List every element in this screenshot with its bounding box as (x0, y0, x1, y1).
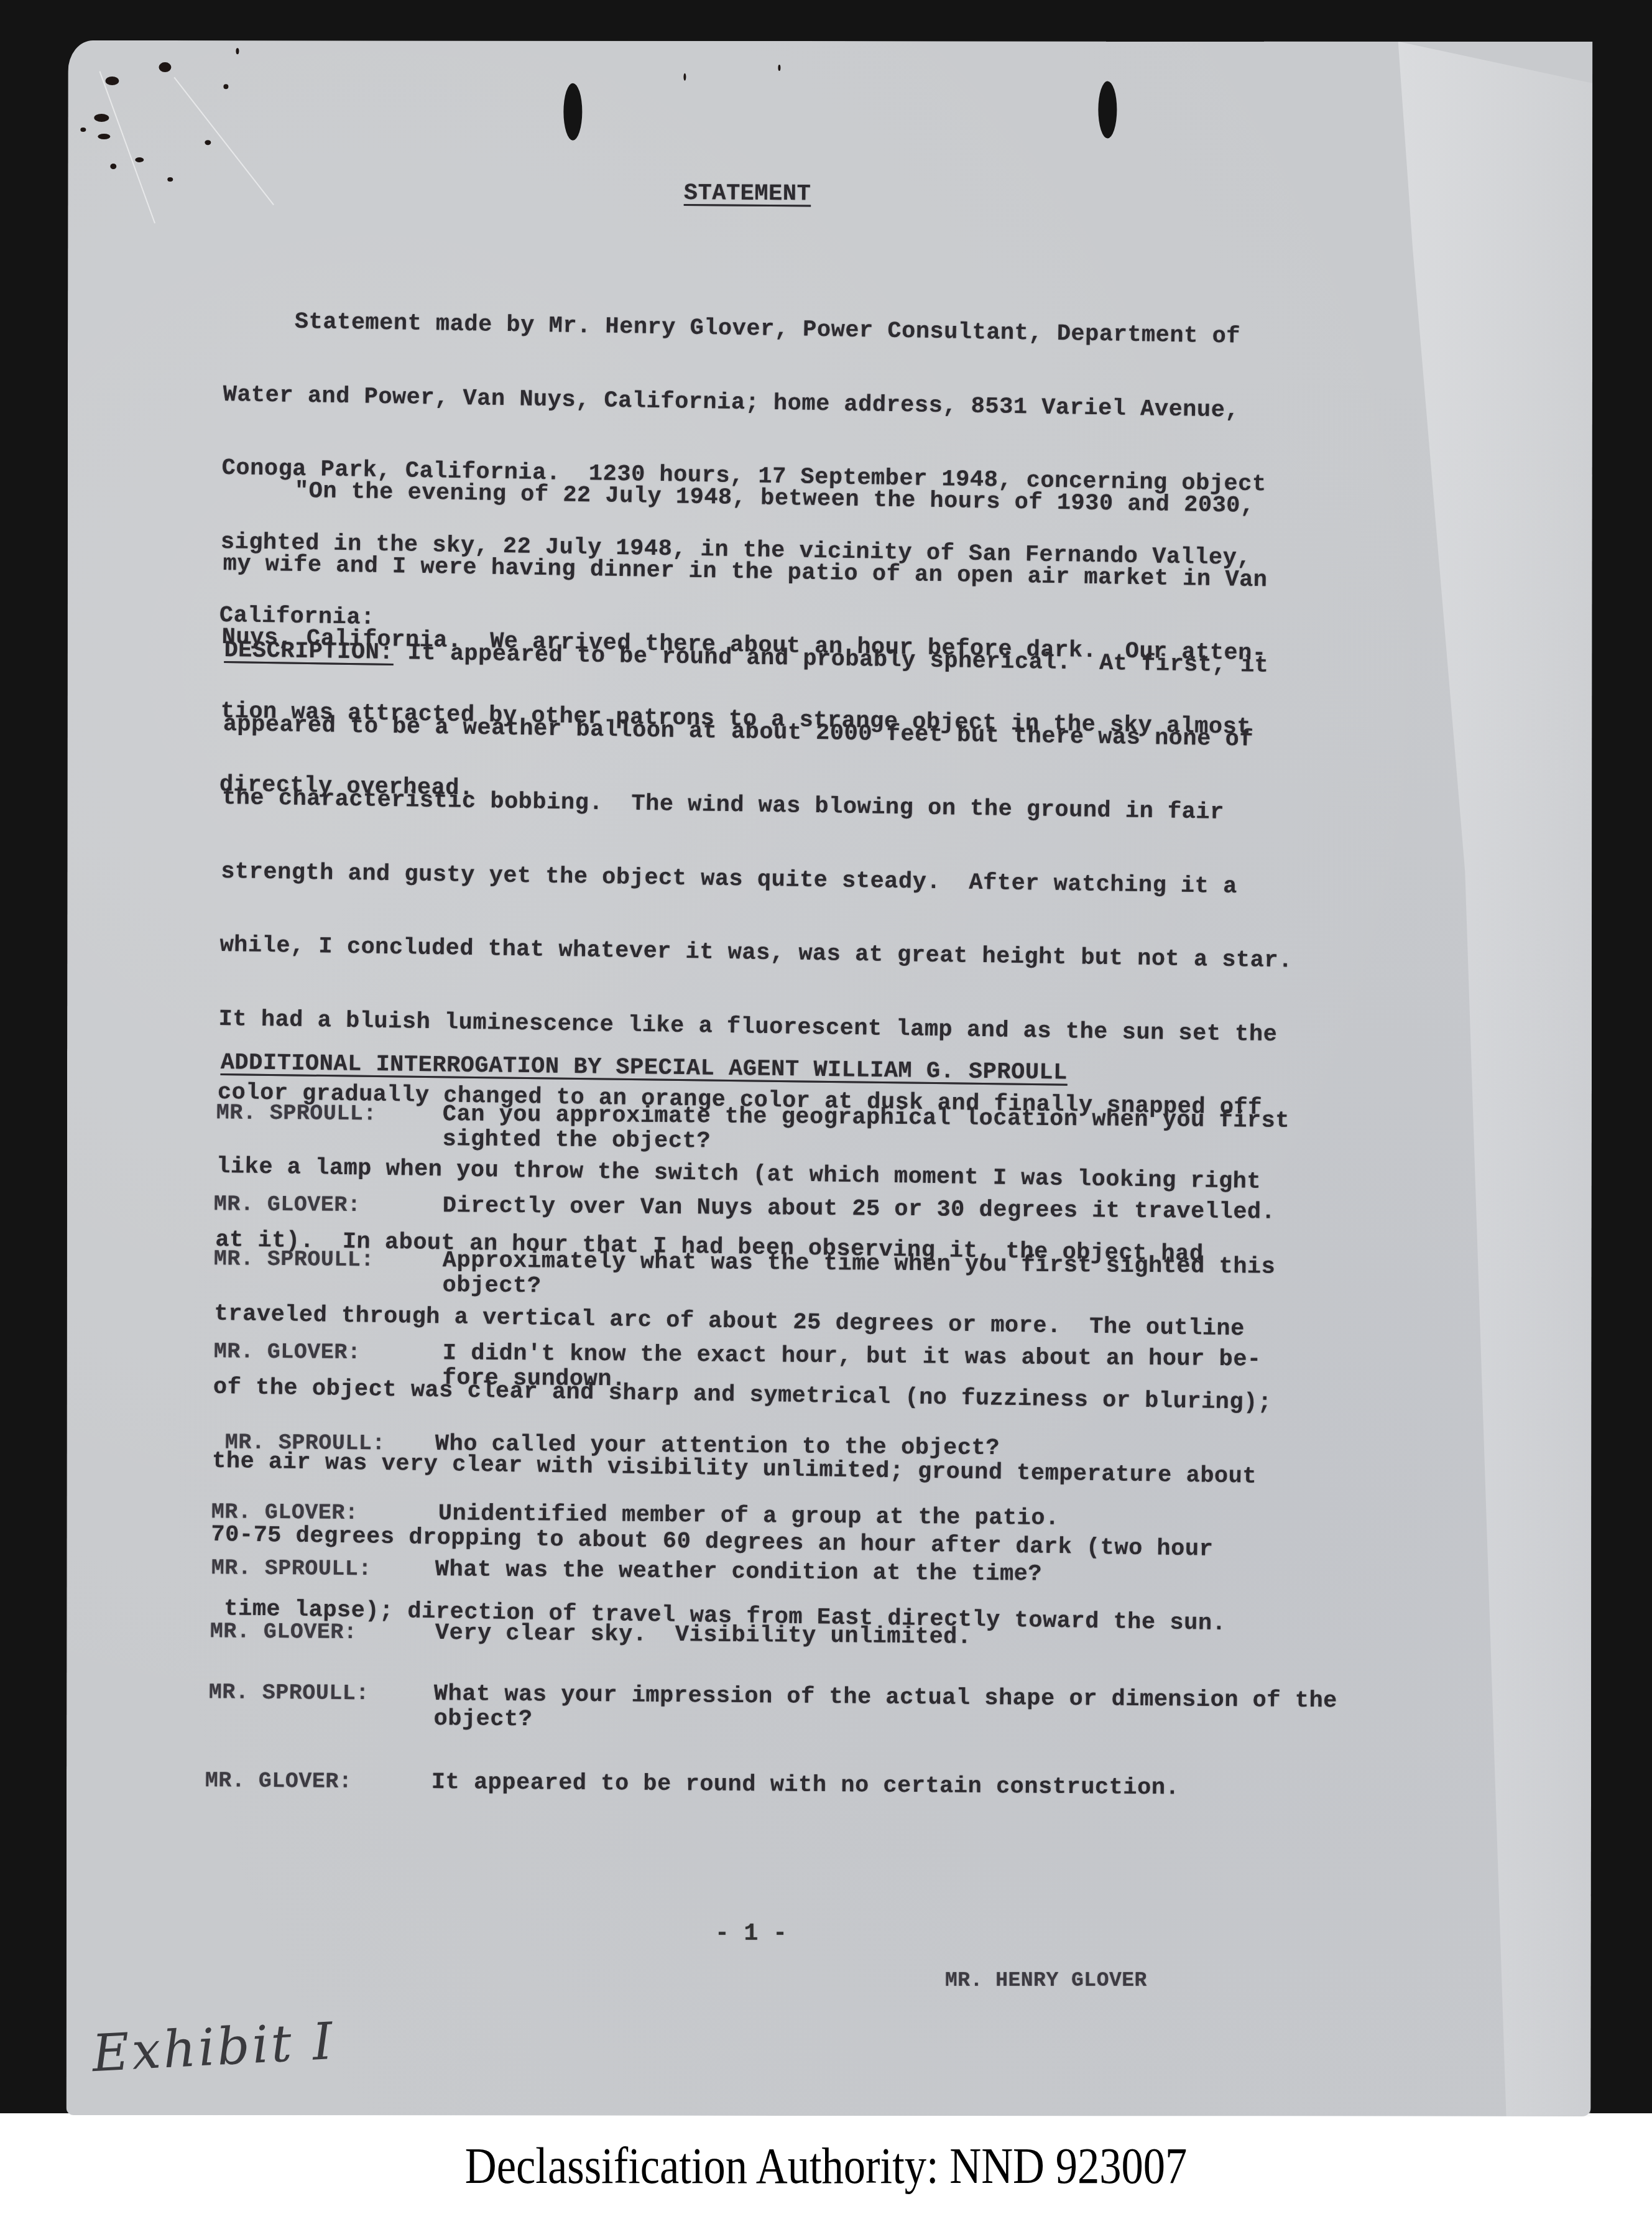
punch-hole-left (563, 83, 582, 141)
qa-line: Very clear sky. Visibility unlimited. (435, 1621, 972, 1650)
tear-crease (173, 77, 274, 205)
speaker-label: MR. SPROULL: (225, 1430, 385, 1456)
damage-mark (110, 164, 116, 169)
description-line: appeared to be a weather balloon at abou… (223, 712, 1296, 753)
damage-mark (135, 157, 144, 162)
qa-line: What was the weather condition at the ti… (435, 1558, 1043, 1587)
description-label: DESCRIPTION: (224, 637, 394, 666)
speaker-label: MR. GLOVER: (210, 1619, 358, 1645)
speaker-label: MR. GLOVER: (211, 1500, 359, 1526)
speaker-label: MR. GLOVER: (205, 1769, 353, 1794)
damage-mark (98, 134, 110, 139)
overlapping-sheet-edge (1380, 42, 1593, 2116)
intro-line: Statement made by Mr. Henry Glover, Powe… (224, 309, 1268, 350)
quote-line: "On the evening of 22 July 1948, between… (224, 478, 1268, 519)
damage-mark (80, 127, 86, 132)
description-line: like a lamp when you throw the switch (a… (216, 1154, 1290, 1195)
damage-mark (223, 84, 228, 89)
signature-name: MR. HENRY GLOVER (945, 1968, 1147, 1993)
speaker-label: MR. GLOVER: (214, 1192, 361, 1218)
description-line: the characteristic bobbing. The wind was… (222, 786, 1295, 827)
description-line: of the object was clear and sharp and sy… (213, 1376, 1286, 1416)
description-line: It had a bluish luminescence like a fluo… (218, 1007, 1291, 1047)
statement-heading: STATEMENT (684, 182, 811, 207)
speaker-label: MR. SPROULL: (209, 1680, 369, 1706)
quote-line: my wife and I were having dinner in the … (223, 552, 1267, 593)
page-number: - 1 - (715, 1922, 788, 1947)
damage-mark (159, 62, 171, 72)
qa-line: Unidentified member of a group at the pa… (438, 1502, 1059, 1531)
damage-mark (778, 65, 780, 71)
damage-mark (236, 48, 239, 54)
description-text: It appeared to be round and probably sph… (394, 640, 1269, 679)
qa-line: sighted the object? (442, 1128, 711, 1154)
punch-hole-right (1098, 81, 1117, 138)
tear-crease (99, 71, 155, 223)
qa-line: It appeared to be round with no certain … (431, 1771, 1180, 1800)
declassification-caption: Declassification Authority: NND 923007 (116, 2113, 1536, 2219)
qa-line: object? (433, 1707, 532, 1732)
damage-mark (94, 114, 109, 122)
qa-line: fore sundown. (442, 1366, 625, 1392)
speaker-label: MR. GLOVER: (214, 1340, 361, 1365)
qa-line: Who called your attention to the object? (435, 1432, 1000, 1461)
description-line: strength and gusty yet the object was qu… (221, 859, 1294, 900)
speaker-label: MR. SPROULL: (211, 1556, 372, 1582)
description-line: while, I concluded that whatever it was,… (219, 933, 1293, 974)
qa-line: object? (442, 1274, 541, 1299)
speaker-label: MR. SPROULL: (214, 1247, 374, 1272)
description-line: traveled through a vertical arc of about… (214, 1302, 1287, 1342)
speaker-label: MR. SPROULL: (216, 1101, 377, 1126)
damage-mark (167, 177, 173, 182)
intro-line: Water and Power, Van Nuys, California; h… (223, 382, 1267, 424)
damage-mark (105, 76, 119, 85)
damage-mark (205, 140, 211, 145)
description-first-line: DESCRIPTION: It appeared to be round and… (224, 639, 1297, 679)
damage-mark (683, 73, 686, 81)
